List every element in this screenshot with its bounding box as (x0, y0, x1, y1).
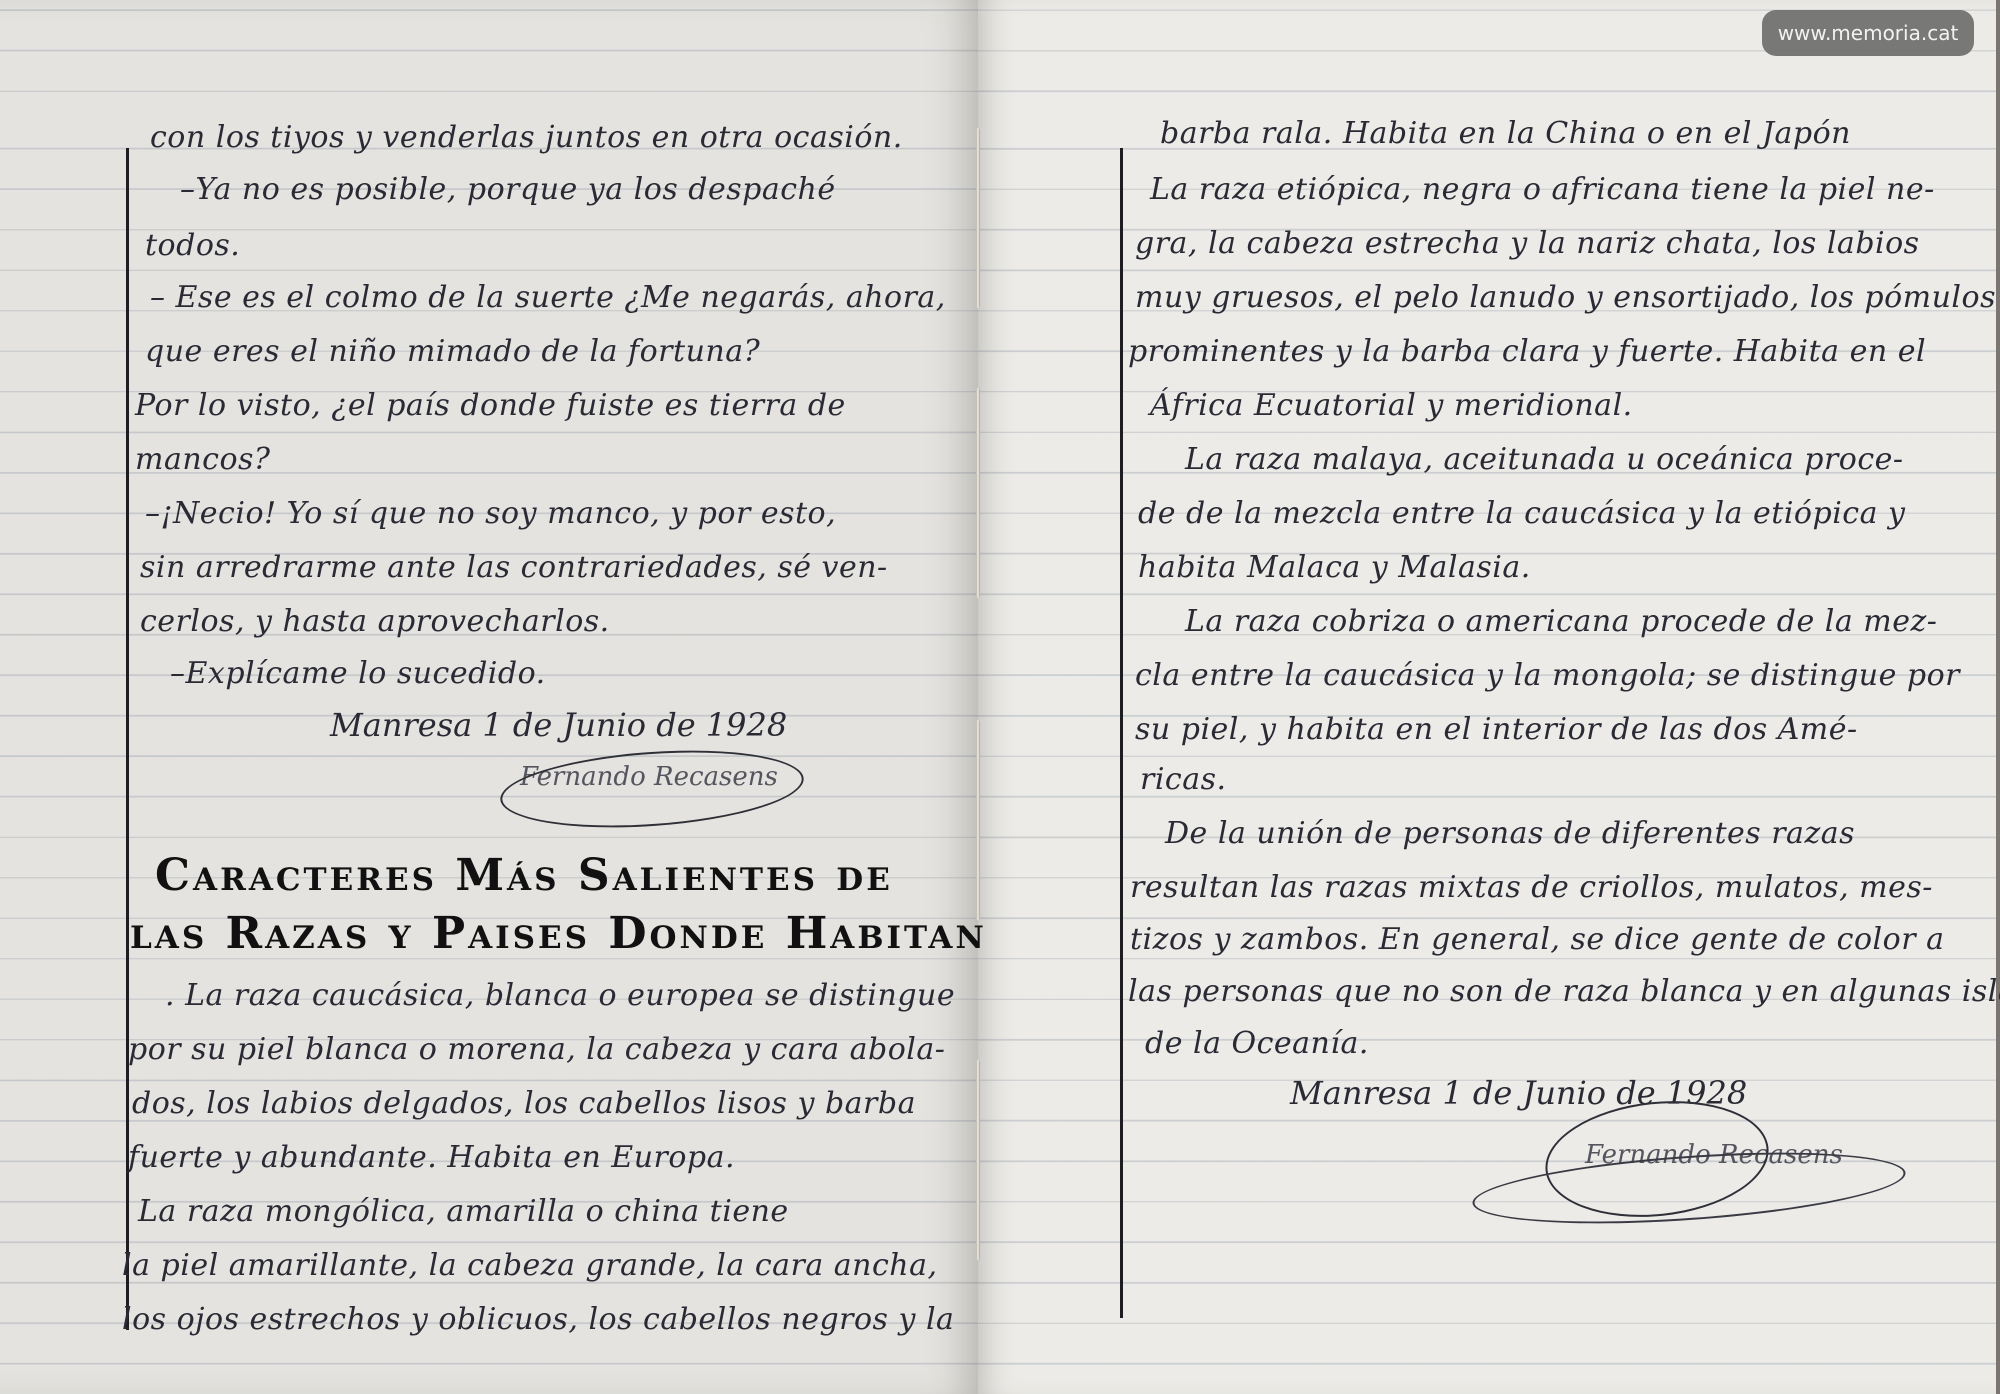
spine-stitch (976, 1060, 980, 1260)
handwritten-line: –Ya no es posible, porque ya los despach… (180, 170, 836, 210)
handwritten-line: La raza malaya, aceitunada u oceánica pr… (1185, 440, 1904, 480)
handwritten-line: Por lo visto, ¿el país donde fuiste es t… (135, 386, 846, 426)
spine-stitch (976, 128, 980, 308)
spine-stitch (976, 388, 980, 598)
handwritten-line: ricas. (1140, 760, 1227, 800)
handwritten-line: que eres el niño mimado de la fortuna? (145, 332, 760, 372)
handwritten-line: De la unión de personas de diferentes ra… (1165, 814, 1855, 854)
handwritten-line: – Ese es el colmo de la suerte ¿Me negar… (150, 278, 946, 318)
handwritten-line: prominentes y la barba clara y fuerte. H… (1128, 332, 1926, 372)
handwritten-line: . La raza caucásica, blanca o europea se… (165, 976, 955, 1016)
handwritten-line: de la Oceanía. (1145, 1024, 1369, 1064)
section-heading-line-1: Caracteres Más Salientes de (155, 848, 893, 904)
handwritten-line: cerlos, y hasta aprovecharlos. (140, 602, 610, 642)
handwritten-line: dos, los labios delgados, los cabellos l… (132, 1084, 916, 1124)
handwritten-line: su piel, y habita en el interior de las … (1135, 710, 1858, 750)
section-heading-line-2: las Razas y Paises Donde Habitan (130, 906, 987, 962)
handwritten-line: La raza cobriza o americana procede de l… (1185, 602, 1937, 642)
handwritten-line: con los tiyos y venderlas juntos en otra… (150, 118, 903, 158)
handwritten-line: todos. (145, 226, 240, 266)
handwritten-line: las personas que no son de raza blanca y… (1128, 972, 2000, 1012)
handwritten-line: –¡Necio! Yo sí que no soy manco, y por e… (145, 494, 836, 534)
handwritten-line: de de la mezcla entre la caucásica y la … (1138, 494, 1905, 534)
handwritten-line: mancos? (135, 440, 271, 480)
handwritten-line: por su piel blanca o morena, la cabeza y… (128, 1030, 945, 1070)
handwritten-line: la piel amarillante, la cabeza grande, l… (122, 1246, 938, 1286)
handwritten-line: cla entre la caucásica y la mongola; se … (1135, 656, 1960, 696)
handwritten-line: los ojos estrechos y oblicuos, los cabel… (122, 1300, 954, 1340)
dateline: Manresa 1 de Junio de 1928 (330, 706, 787, 744)
right-margin-line (1120, 148, 1123, 1318)
handwritten-line: La raza mongólica, amarilla o china tien… (138, 1192, 789, 1232)
handwritten-line: gra, la cabeza estrecha y la nariz chata… (1135, 224, 1920, 264)
watermark-badge: www.memoria.cat (1762, 10, 1974, 56)
handwritten-line: La raza etiópica, negra o africana tiene… (1150, 170, 1935, 210)
handwritten-line: barba rala. Habita en la China o en el J… (1160, 114, 1851, 154)
handwritten-line: muy gruesos, el pelo lanudo y ensortijad… (1135, 278, 1996, 318)
handwritten-line: fuerte y abundante. Habita en Europa. (128, 1138, 735, 1178)
handwritten-line: –Explícame lo sucedido. (170, 654, 546, 694)
handwritten-line: sin arredrarme ante las contrariedades, … (140, 548, 888, 588)
watermark-label: www.memoria.cat (1778, 21, 1959, 45)
spine-stitch (976, 720, 980, 920)
handwritten-line: tizos y zambos. En general, se dice gent… (1130, 920, 1944, 960)
handwritten-line: habita Malaca y Malasia. (1138, 548, 1531, 588)
handwritten-line: África Ecuatorial y meridional. (1150, 386, 1633, 426)
handwritten-line: resultan las razas mixtas de criollos, m… (1130, 868, 1933, 908)
page-edge (1996, 0, 2000, 1394)
